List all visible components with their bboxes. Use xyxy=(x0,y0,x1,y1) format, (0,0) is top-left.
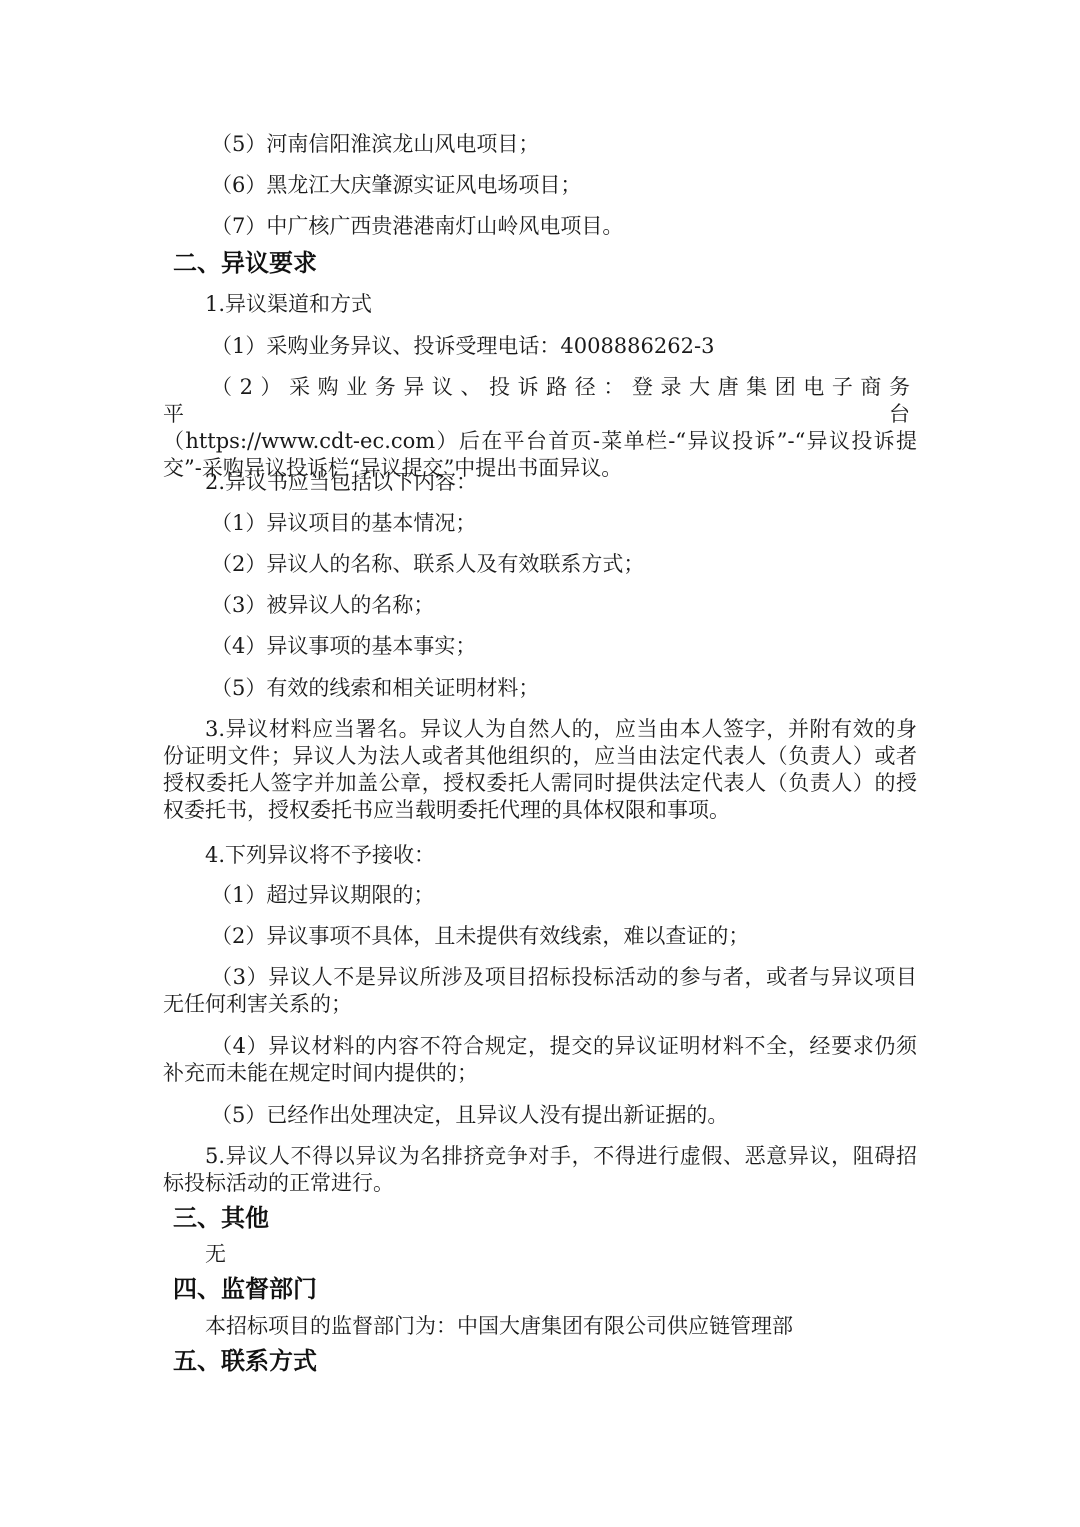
contents-item-2: （2）异议人的名称、联系人及有效联系方式； xyxy=(211,551,644,578)
rejected-item-4: （4）异议材料的内容不符合规定，提交的异议证明材料不全，经要求仍须补充而未能在规… xyxy=(163,1033,917,1087)
subsection-title-channels: 1.异议渠道和方式 xyxy=(205,291,372,318)
contents-item-3: （3）被异议人的名称； xyxy=(211,592,434,619)
signature-requirement-paragraph: 3.异议材料应当署名。异议人为自然人的，应当由本人签字，并附有效的身份证明文件；… xyxy=(163,716,917,824)
section-heading-supervision: 四、监督部门 xyxy=(173,1274,317,1304)
section-heading-contact: 五、联系方式 xyxy=(173,1346,317,1376)
rejected-item-5: （5）已经作出处理决定，且异议人没有提出新证据的。 xyxy=(211,1102,728,1129)
no-malicious-objection-paragraph: 5.异议人不得以异议为名排挤竞争对手，不得进行虚假、恶意异议，阻碍招标投标活动的… xyxy=(163,1143,917,1197)
supervision-body: 本招标项目的监督部门为：中国大唐集团有限公司供应链管理部 xyxy=(205,1313,793,1340)
objection-phone-item: （1）采购业务异议、投诉受理电话：4008886262-3 xyxy=(211,333,714,360)
objection-path-line1: （2）采购业务异议、投诉路径：登录大唐集团电子商务平台 xyxy=(163,374,917,428)
project-item-6: （6）黑龙江大庆肇源实证风电场项目； xyxy=(211,172,581,199)
rejected-item-2: （2）异议事项不具体，且未提供有效线索，难以查证的； xyxy=(211,923,749,950)
project-item-5: （5）河南信阳淮滨龙山风电项目； xyxy=(211,131,539,158)
subsection-title-contents: 2.异议书应当包括以下内容： xyxy=(205,469,477,496)
contents-item-5: （5）有效的线索和相关证明材料； xyxy=(211,675,539,702)
other-body: 无 xyxy=(205,1241,226,1268)
project-item-7: （7）中广核广西贵港港南灯山岭风电项目。 xyxy=(211,213,623,240)
subsection-title-rejected: 4.下列异议将不予接收： xyxy=(205,842,435,869)
rejected-item-1: （1）超过异议期限的； xyxy=(211,882,434,909)
contents-item-4: （4）异议事项的基本事实； xyxy=(211,633,476,660)
objection-path-paragraph: （2）采购业务异议、投诉路径：登录大唐集团电子商务平台 （https://www… xyxy=(163,374,917,482)
contents-item-1: （1）异议项目的基本情况； xyxy=(211,510,476,537)
section-heading-objection-requirements: 二、异议要求 xyxy=(173,248,317,278)
section-heading-other: 三、其他 xyxy=(173,1203,269,1233)
rejected-item-3: （3）异议人不是异议所涉及项目招标投标活动的参与者，或者与异议项目无任何利害关系… xyxy=(163,964,917,1018)
